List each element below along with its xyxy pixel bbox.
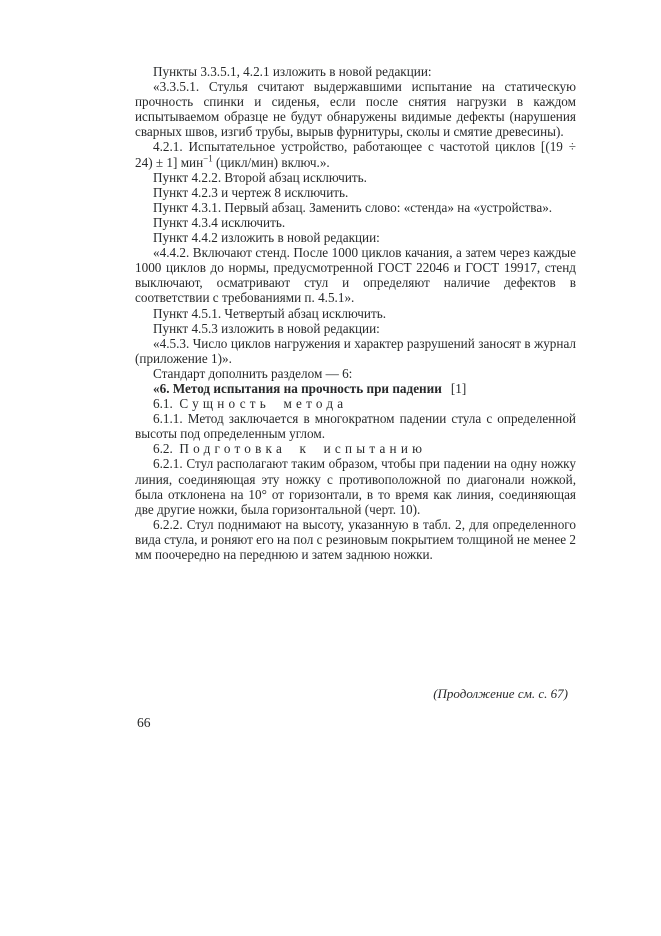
- section-6-reference: [1]: [451, 381, 466, 396]
- paragraph-3-3-5-1: «3.3.5.1. Стулья считают выдержавшими ис…: [135, 79, 576, 139]
- section-6-heading: «6. Метод испытания на прочность при пад…: [135, 381, 576, 396]
- heading-6-2: 6.2.Подготовка к испытанию: [135, 441, 576, 456]
- heading-6-2-number: 6.2.: [153, 441, 173, 456]
- heading-6-1-title: Сущность метода: [179, 396, 347, 411]
- paragraph-4-5-3: «4.5.3. Число циклов нагружения и характ…: [135, 336, 576, 366]
- paragraph-4-4-2: «4.4.2. Включают стенд. После 1000 цикло…: [135, 245, 576, 305]
- paragraph-6-1-1: 6.1.1. Метод заключается в многократном …: [135, 411, 576, 441]
- section-6-heading-text: «6. Метод испытания на прочность при пад…: [153, 381, 442, 396]
- paragraph-4-4-2-intro: Пункт 4.4.2 изложить в новой редакции:: [135, 230, 576, 245]
- paragraph-6-2-2: 6.2.2. Стул поднимают на высоту, указанн…: [135, 517, 576, 562]
- paragraph-4-2-3: Пункт 4.2.3 и чертеж 8 исключить.: [135, 185, 576, 200]
- document-page: Пункты 3.3.5.1, 4.2.1 изложить в новой р…: [0, 0, 661, 936]
- paragraph-4-5-1: Пункт 4.5.1. Четвертый абзац исключить.: [135, 306, 576, 321]
- paragraph-4-2-2: Пункт 4.2.2. Второй абзац исключить.: [135, 170, 576, 185]
- paragraph-6-2-1: 6.2.1. Стул располагают таким образом, ч…: [135, 456, 576, 516]
- heading-6-1-number: 6.1.: [153, 396, 173, 411]
- heading-6-2-title: Подготовка к испытанию: [179, 441, 426, 456]
- superscript-minus-one: −1: [203, 153, 213, 163]
- heading-6-1: 6.1.Сущность метода: [135, 396, 576, 411]
- paragraph-4-2-1-tail: (цикл/мин) включ.».: [213, 155, 330, 170]
- paragraph-4-2-1: 4.2.1. Испытательное устройство, работаю…: [135, 139, 576, 169]
- paragraph-4-5-3-intro: Пункт 4.5.3 изложить в новой редакции:: [135, 321, 576, 336]
- page-number: 66: [137, 715, 151, 731]
- document-body: Пункты 3.3.5.1, 4.2.1 изложить в новой р…: [135, 64, 576, 562]
- paragraph-supplement-section-6: Стандарт дополнить разделом — 6:: [135, 366, 576, 381]
- continuation-note: (Продолжение см. с. 67): [135, 686, 576, 702]
- paragraph-4-3-4: Пункт 4.3.4 исключить.: [135, 215, 576, 230]
- paragraph-amendment-intro: Пункты 3.3.5.1, 4.2.1 изложить в новой р…: [135, 64, 576, 79]
- paragraph-4-2-1-text: 4.2.1. Испытательное устройство, работаю…: [135, 139, 576, 169]
- paragraph-4-3-1: Пункт 4.3.1. Первый абзац. Заменить слов…: [135, 200, 576, 215]
